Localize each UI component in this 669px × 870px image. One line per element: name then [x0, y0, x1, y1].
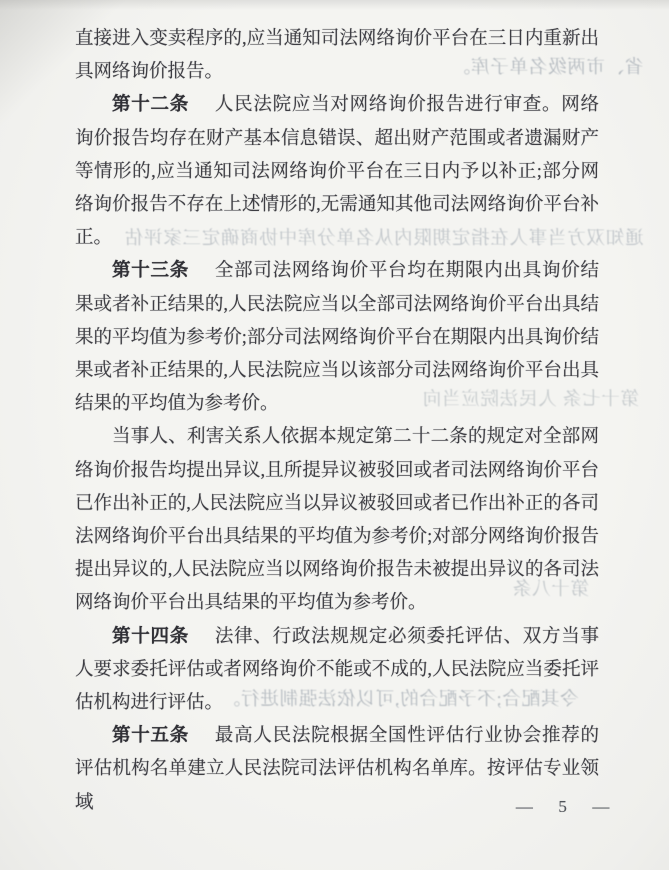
paragraph-text: 当事人、利害关系人依据本规定第二十二条的规定对全部网络询价报告均提出异议,且所提…: [75, 427, 599, 613]
page-number: — 5 —: [516, 797, 617, 817]
paragraph: 第十三条全部司法网络询价平台均在期限内出具询价结果或者补正结果的,人民法院应当以…: [75, 255, 599, 421]
article-number: 第十二条: [112, 95, 189, 115]
paragraph: 第十四条法律、行政法规规定必须委托评估、双方当事人要求委托评估或者网络询价不能或…: [75, 621, 599, 721]
paragraph-text: 直接进入变卖程序的,应当通知司法网络询价平台在三日内重新出具网络询价报告。: [75, 29, 599, 82]
article-number: 第十三条: [112, 261, 189, 281]
document-body: 直接进入变卖程序的,应当通知司法网络询价平台在三日内重新出具网络询价报告。第十二…: [75, 23, 599, 820]
article-number: 第十四条: [112, 627, 189, 647]
paragraph: 当事人、利害关系人依据本规定第二十二条的规定对全部网络询价报告均提出异议,且所提…: [75, 421, 599, 620]
scanned-document-page: 省、市两级名单子库。 通知双方当事人在指定期限内从名单分库中协商确定三家评估 第…: [0, 0, 669, 870]
paragraph-text: 人民法院应当对网络询价报告进行审查。网络询价报告均存在财产基本信息错误、超出财产…: [75, 95, 599, 248]
paragraph-text: 全部司法网络询价平台均在期限内出具询价结果或者补正结果的,人民法院应当以全部司法…: [75, 261, 599, 414]
article-number: 第十五条: [112, 726, 189, 746]
paragraph: 第十二条人民法院应当对网络询价报告进行审查。网络询价报告均存在财产基本信息错误、…: [75, 89, 599, 255]
paragraph: 直接进入变卖程序的,应当通知司法网络询价平台在三日内重新出具网络询价报告。: [75, 23, 599, 89]
